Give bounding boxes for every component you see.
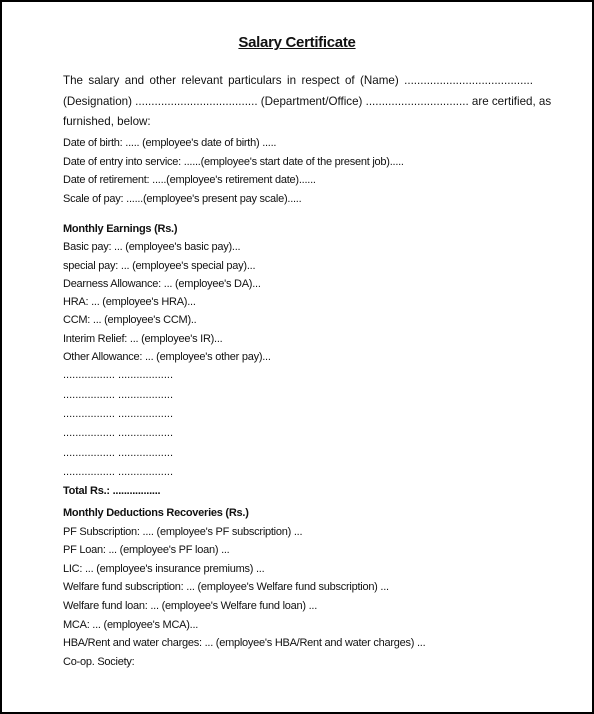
date-of-entry-line: Date of entry into service: ......(emplo… (63, 153, 404, 172)
deductions-item: Welfare fund subscription: ... (employee… (63, 578, 425, 597)
earnings-item: CCM: ... (employee's CCM).. (63, 311, 271, 329)
earnings-heading: Monthly Earnings (Rs.) (63, 220, 271, 238)
earnings-item: HRA: ... (employee's HRA)... (63, 293, 271, 311)
monthly-earnings-section: Monthly Earnings (Rs.) Basic pay: ... (e… (63, 220, 271, 500)
scale-of-pay-line: Scale of pay: ......(employee's present … (63, 190, 404, 209)
blank-earnings-line: ................. .................. (63, 386, 271, 405)
intro-line: The salary and other relevant particular… (63, 71, 533, 92)
monthly-deductions-section: Monthly Deductions Recoveries (Rs.) PF S… (63, 504, 425, 671)
earnings-total: Total Rs.: ................. (63, 482, 271, 500)
deductions-heading: Monthly Deductions Recoveries (Rs.) (63, 504, 425, 523)
blank-earnings-line: ................. .................. (63, 366, 271, 385)
intro-line: (Designation) ..........................… (63, 92, 533, 113)
deductions-item: Co-op. Society: (63, 653, 425, 672)
personal-details-section: Date of birth: ..... (employee's date of… (63, 134, 404, 208)
date-of-retirement-line: Date of retirement: .....(employee's ret… (63, 171, 404, 190)
blank-earnings-line: ................. .................. (63, 405, 271, 424)
intro-line: furnished, below: (63, 112, 533, 133)
deductions-item: HBA/Rent and water charges: ... (employe… (63, 634, 425, 653)
salary-certificate-page: Salary Certificate The salary and other … (0, 0, 594, 714)
earnings-item: Other Allowance: ... (employee's other p… (63, 348, 271, 366)
intro-paragraph: The salary and other relevant particular… (63, 71, 533, 133)
earnings-item: special pay: ... (employee's special pay… (63, 257, 271, 275)
document-title: Salary Certificate (2, 34, 592, 51)
deductions-item: Welfare fund loan: ... (employee's Welfa… (63, 597, 425, 616)
date-of-birth-line: Date of birth: ..... (employee's date of… (63, 134, 404, 153)
blank-earnings-line: ................. .................. (63, 424, 271, 443)
deductions-item: PF Subscription: .... (employee's PF sub… (63, 523, 425, 542)
deductions-item: PF Loan: ... (employee's PF loan) ... (63, 541, 425, 560)
blank-earnings-line: ................. .................. (63, 463, 271, 482)
deductions-item: LIC: ... (employee's insurance premiums)… (63, 560, 425, 579)
earnings-item: Basic pay: ... (employee's basic pay)... (63, 238, 271, 256)
deductions-item: MCA: ... (employee's MCA)... (63, 616, 425, 635)
blank-earnings-line: ................. .................. (63, 444, 271, 463)
earnings-item: Dearness Allowance: ... (employee's DA).… (63, 275, 271, 293)
earnings-item: Interim Relief: ... (employee's IR)... (63, 330, 271, 348)
